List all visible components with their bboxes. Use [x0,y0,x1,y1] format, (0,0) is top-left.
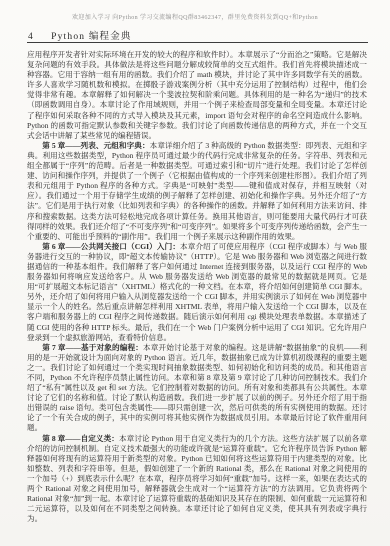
chapter-heading: 第 7 章——基于对象的编程： [42,343,143,352]
page-header: 4 Python 编程金典 [28,28,366,42]
book-title: Python 编程金典 [51,32,132,42]
paragraph: 应用程序开发者针对实际环境在开发的较大的程序和软件时）。本章展示了“分而治之”策… [27,50,367,141]
paragraph: 第 7 章——基于对象的编程：本章开始讨论基于对象的编程。这是讲解“数据抽象”的… [27,343,367,434]
paragraph-text: 应用程序开发者针对实际环境在开发的较大的程序和软件时）。本章展示了“分而治之”策… [27,50,367,140]
paragraph: 第 6 章——公共网关接口（CGI）入门：本章介绍了可使应用程序（CGI 程序或… [27,242,367,343]
paragraph: 第 5 章——列表、元组和字典：本章详细介绍了 3 种高级的 Python 数据… [27,141,367,242]
paragraph-text: 本章开始讨论基于对象的编程。这是讲解“数据抽象”的良机——利用的是一开始就设计为… [27,343,367,433]
paragraph-text: 本章介绍了可使应用程序（CGI 程序或脚本）与 Web 服务器进行交互的一种协议… [27,242,367,342]
chapter-heading: 第 5 章——列表、元组和字典： [42,141,149,150]
watermark-text: 欢迎加入学习 向Python 学习交流编程QQ群83462347，群里免费资料发… [0,12,390,21]
page-body: 应用程序开发者针对实际环境在开发的较大的程序和软件时）。本章展示了“分而治之”策… [27,50,367,524]
paragraph-text: 本章详细介绍了 3 种高级的 Python 数据类型：即列表、元组和字典。利用这… [27,141,367,241]
chapter-heading: 第 6 章——公共网关接口（CGI）入门： [42,242,180,251]
page-number: 4 [28,32,33,42]
paragraph: 第 8 章——自定义类：本章讨论 Python 用于自定义类行为的几个方法。这些… [27,434,367,525]
chapter-heading: 第 8 章——自定义类： [42,434,119,443]
scanned-book-page: 欢迎加入学习 向Python 学习交流编程QQ群83462347，群里免费资料发… [0,0,390,546]
paragraph-text: 本章讨论 Python 用于自定义类行为的几个方法。这些方法扩展了以前各章介绍的… [27,434,367,524]
header-rule [27,42,368,43]
